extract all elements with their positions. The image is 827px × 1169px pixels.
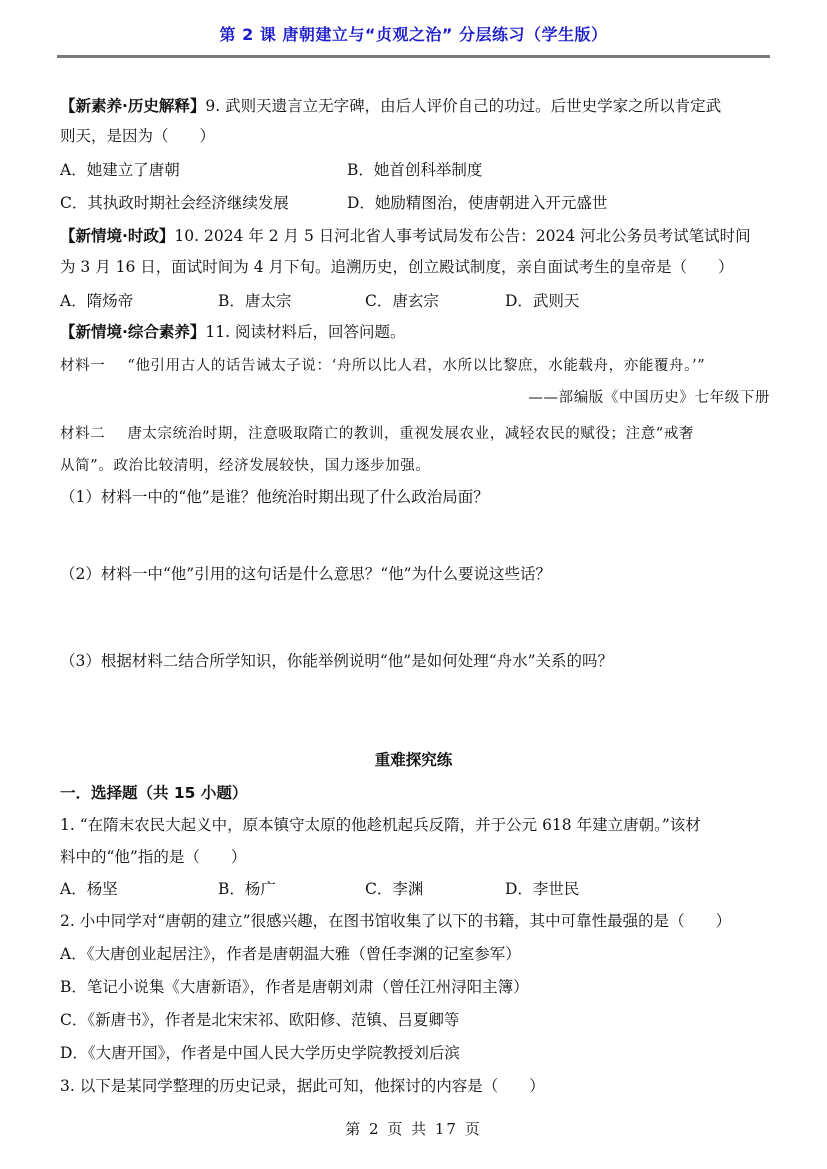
q10-stem-line2: 为 3 月 16 日，面试时间为 4 月下旬。追溯历史，创立殿试制度，亲自面试考… (60, 257, 734, 277)
title-divider (57, 55, 770, 58)
material2-text: 唐太宗统治时期，注意吸取隋亡的教训，重视发展农业，减轻农民的赋役；注意“戒奢 (127, 426, 694, 442)
q10-option-b: B．唐太宗 (218, 291, 291, 311)
q9-stem-line2: 则天，是因为（ ） (60, 126, 215, 146)
mc1-option-a: A．杨坚 (60, 879, 118, 899)
material2-label: 材料二 (60, 426, 105, 442)
q9-option-d: D．她励精图治，使唐朝进入开元盛世 (347, 193, 607, 213)
mc1-option-d: D．李世民 (505, 879, 579, 899)
q11-sub-question-3: （3）根据材料二结合所学知识，你能举例说明“他”是如何处理“舟水”关系的吗？ (60, 651, 613, 671)
q9-stem-text: 9. 武则天遗言立无字碑，由后人评价自己的功过。后世史学家之所以肯定武 (205, 97, 721, 115)
material1: 材料一“他引用古人的话告诫太子说：‘舟所以比人君，水所以比黎庶，水能载舟，亦能覆… (60, 356, 705, 376)
page-number: 第 2 页 共 17 页 (0, 1118, 827, 1139)
q10-stem-text: 10. 2024 年 2 月 5 日河北省人事考试局发布公告：2024 河北公务… (174, 227, 750, 245)
mc2-option-d: D．《大唐开国》，作者是中国人民大学历史学院教授刘后滨 (60, 1043, 460, 1063)
q9-option-a: A．她建立了唐朝 (60, 160, 180, 180)
section-heading: 重难探究练 (0, 750, 827, 770)
mc1-stem-line1: 1. “在隋末农民大起义中，原本镇守太原的他趁机起兵反隋，并于公元 618 年建… (60, 815, 701, 835)
q11-stem-line: 【新情境·综合素养】11. 阅读材料后，回答问题。 (60, 322, 405, 342)
mc3-stem: 3. 以下是某同学整理的历史记录，据此可知，他探讨的内容是（ ） (60, 1076, 545, 1096)
q11-sub-question-2: （2）材料一中“他”引用的这句话是什么意思？“他”为什么要说这些话？ (60, 564, 551, 584)
q10-option-c: C．唐玄宗 (365, 291, 439, 311)
document-page: 第 2 课 唐朝建立与“贞观之治” 分层练习（学生版） 【新素养·历史解释】9.… (0, 0, 827, 1169)
q10-stem-line1: 【新情境·时政】10. 2024 年 2 月 5 日河北省人事考试局发布公告：2… (60, 226, 751, 246)
q10-tag: 【新情境·时政】 (60, 227, 174, 245)
q11-tag: 【新情境·综合素养】 (60, 323, 205, 341)
q10-option-d: D．武则天 (505, 291, 579, 311)
q9-stem-line1: 【新素养·历史解释】9. 武则天遗言立无字碑，由后人评价自己的功过。后世史学家之… (60, 96, 721, 116)
material2-line2: 从简”。政治比较清明，经济发展较快，国力逐步加强。 (60, 456, 430, 476)
mc2-stem: 2. 小中同学对“唐朝的建立”很感兴趣，在图书馆收集了以下的书籍，其中可靠性最强… (60, 911, 731, 931)
mc1-option-b: B．杨广 (218, 879, 276, 899)
q11-stem-text: 11. 阅读材料后，回答问题。 (205, 323, 405, 341)
mc1-option-c: C．李渊 (365, 879, 423, 899)
mc2-option-c: C．《新唐书》，作者是北宋宋祁、欧阳修、范镇、吕夏卿等 (60, 1010, 459, 1030)
material1-text: “他引用古人的话告诫太子说：‘舟所以比人君，水所以比黎庶，水能载舟，亦能覆舟。’… (127, 358, 705, 374)
section-subheading: 一．选择题（共 15 小题） (60, 783, 247, 803)
q9-tag: 【新素养·历史解释】 (60, 97, 205, 115)
material2-line1: 材料二唐太宗统治时期，注意吸取隋亡的教训，重视发展农业，减轻农民的赋役；注意“戒… (60, 424, 694, 444)
q9-option-c: C．其执政时期社会经济继续发展 (60, 193, 289, 213)
mc1-stem-line2: 料中的“他”指的是（ ） (60, 847, 246, 867)
mc2-option-a: A．《大唐创业起居注》，作者是唐朝温大雅（曾任李渊的记室参军） (60, 944, 521, 964)
material1-label: 材料一 (60, 358, 105, 374)
mc2-option-b: B．笔记小说集《大唐新语》，作者是唐朝刘肃（曾任江州浔阳主簿） (60, 977, 529, 997)
q11-sub-question-1: （1）材料一中的“他”是谁？他统治时期出现了什么政治局面？ (60, 487, 489, 507)
q10-option-a: A．隋炀帝 (60, 291, 133, 311)
page-title: 第 2 课 唐朝建立与“贞观之治” 分层练习（学生版） (0, 22, 827, 45)
q9-option-b: B．她首创科举制度 (347, 160, 482, 180)
material1-source: ——部编版《中国历史》七年级下册 (528, 388, 770, 408)
